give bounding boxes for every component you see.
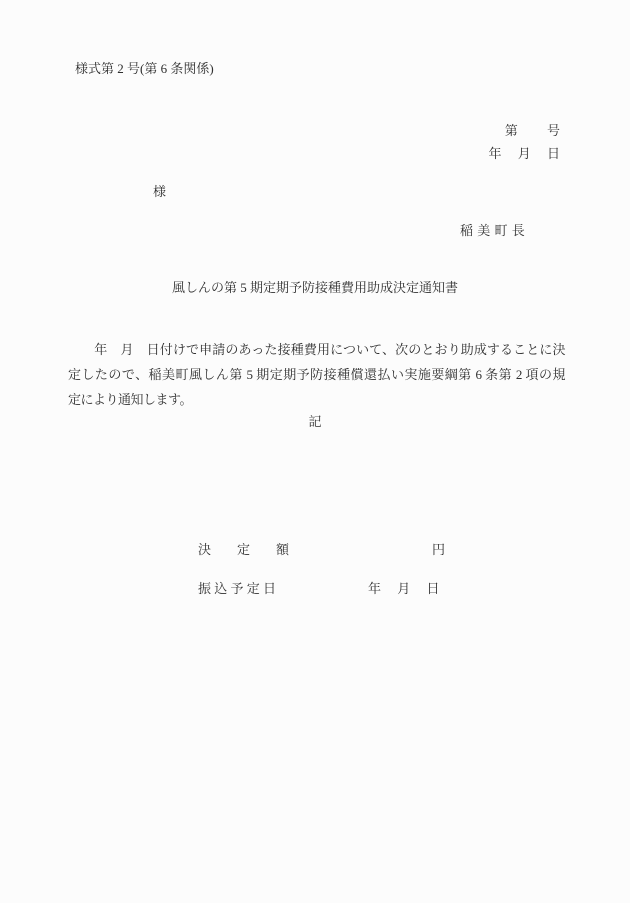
decision-amount-unit: 円	[432, 541, 445, 559]
body-line-1: 年 月 日付けで申請のあった接種費用について、次のとおり助成することに決	[68, 337, 565, 362]
recipient-honorific: 様	[153, 183, 166, 201]
body-line-2: 定したので、稲美町風しん第 5 期定期予防接種償還払い実施要綱第 6 条第 2 …	[68, 362, 565, 387]
transfer-date-label: 振 込 予 定 日	[198, 580, 276, 598]
document-title: 風しんの第 5 期定期予防接種費用助成決定通知書	[0, 279, 630, 297]
issuer-name: 稲 美 町 長	[460, 222, 525, 240]
body-paragraph: 年 月 日付けで申請のあった接種費用について、次のとおり助成することに決 定した…	[68, 337, 565, 412]
body-line-3: 定により通知します。	[68, 387, 565, 412]
document-page: 様式第 2 号(第 6 条関係) 第 号 年 月 日 様 稲 美 町 長 風しん…	[0, 0, 630, 903]
ki-separator: 記	[0, 413, 630, 431]
transfer-date-value: 年 月 日	[368, 580, 440, 598]
document-number-line: 第 号	[505, 122, 560, 140]
decision-amount-label: 決 定 額	[198, 541, 289, 559]
form-number: 様式第 2 号(第 6 条関係)	[75, 60, 214, 78]
issue-date-line: 年 月 日	[488, 145, 560, 163]
